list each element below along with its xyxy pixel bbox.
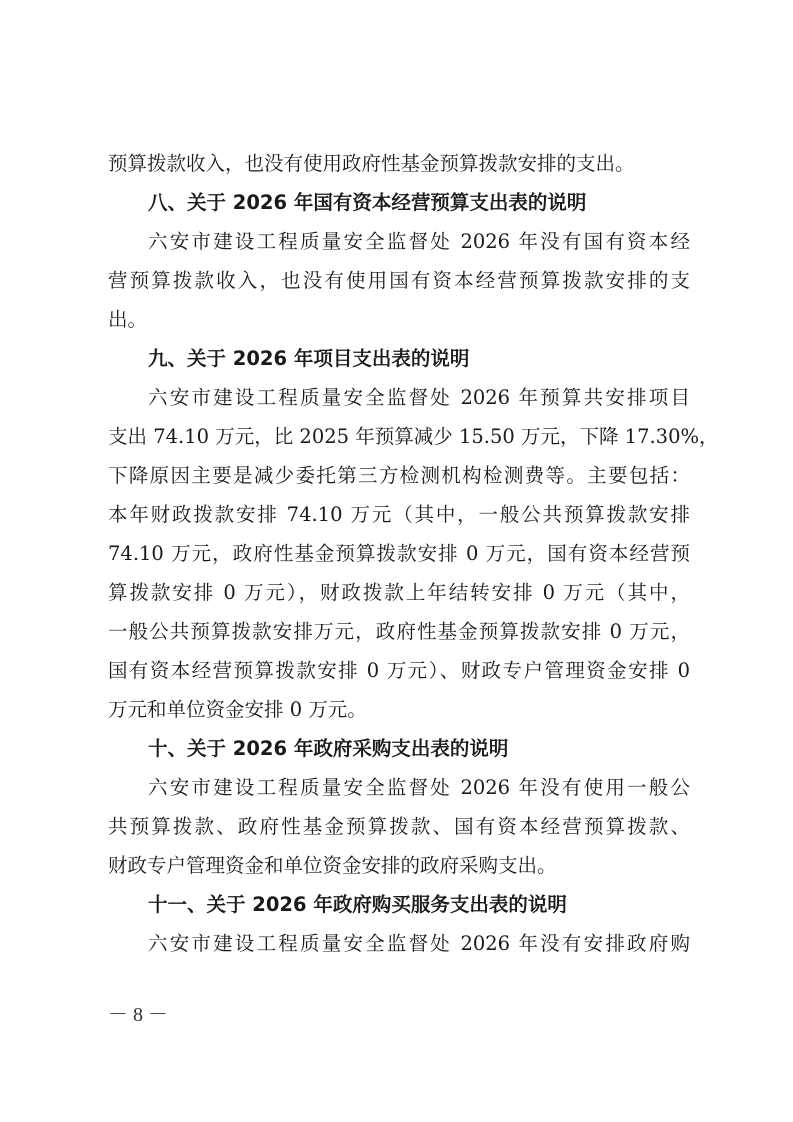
paragraph-line: 共预算拨款、政府性基金预算拨款、国有资本经营预算拨款、 xyxy=(108,807,690,846)
section-heading-11: 十一、关于 2026 年政府购买服务支出表的说明 xyxy=(108,885,690,924)
section-10-paragraph: 六安市建设工程质量安全监督处 2026 年没有使用一般公 共预算拨款、政府性基金… xyxy=(108,768,690,885)
paragraph-line: 74.10 万元，政府性基金预算拨款安排 0 万元，国有资本经营预 xyxy=(108,534,690,573)
paragraph-line: 支出 74.10 万元，比 2025 年预算减少 15.50 万元，下降 17.… xyxy=(108,417,690,456)
section-heading-9: 九、关于 2026 年项目支出表的说明 xyxy=(108,339,690,378)
section-heading-8: 八、关于 2026 年国有资本经营预算支出表的说明 xyxy=(108,183,690,222)
paragraph-line: 万元和单位资金安排 0 万元。 xyxy=(108,690,690,729)
paragraph-line: 下降原因主要是减少委托第三方检测机构检测费等。主要包括： xyxy=(108,456,690,495)
document-page: 预算拨款收入，也没有使用政府性基金预算拨款安排的支出。 八、关于 2026 年国… xyxy=(108,144,690,963)
page-number: － 8 － xyxy=(108,998,168,1027)
section-11-paragraph: 六安市建设工程质量安全监督处 2026 年没有安排政府购 xyxy=(108,924,690,963)
paragraph-line: 出。 xyxy=(108,300,690,339)
paragraph-line: 六安市建设工程质量安全监督处 2026 年预算共安排项目 xyxy=(108,378,690,417)
paragraph-line: 算拨款安排 0 万元），财政拨款上年结转安排 0 万元（其中， xyxy=(108,573,690,612)
paragraph-line: 六安市建设工程质量安全监督处 2026 年没有使用一般公 xyxy=(108,768,690,807)
paragraph-line: 本年财政拨款安排 74.10 万元（其中，一般公共预算拨款安排 xyxy=(108,495,690,534)
section-heading-10: 十、关于 2026 年政府采购支出表的说明 xyxy=(108,729,690,768)
paragraph-line: 国有资本经营预算拨款安排 0 万元）、财政专户管理资金安排 0 xyxy=(108,651,690,690)
paragraph-line: 财政专户管理资金和单位资金安排的政府采购支出。 xyxy=(108,846,690,885)
paragraph-line: 六安市建设工程质量安全监督处 2026 年没有安排政府购 xyxy=(108,924,690,963)
continued-text-line: 预算拨款收入，也没有使用政府性基金预算拨款安排的支出。 xyxy=(108,144,690,183)
paragraph-line: 营预算拨款收入，也没有使用国有资本经营预算拨款安排的支 xyxy=(108,261,690,300)
section-9-paragraph: 六安市建设工程质量安全监督处 2026 年预算共安排项目 支出 74.10 万元… xyxy=(108,378,690,729)
section-8-paragraph: 六安市建设工程质量安全监督处 2026 年没有国有资本经 营预算拨款收入，也没有… xyxy=(108,222,690,339)
paragraph-line: 一般公共预算拨款安排万元，政府性基金预算拨款安排 0 万元， xyxy=(108,612,690,651)
paragraph-line: 六安市建设工程质量安全监督处 2026 年没有国有资本经 xyxy=(108,222,690,261)
